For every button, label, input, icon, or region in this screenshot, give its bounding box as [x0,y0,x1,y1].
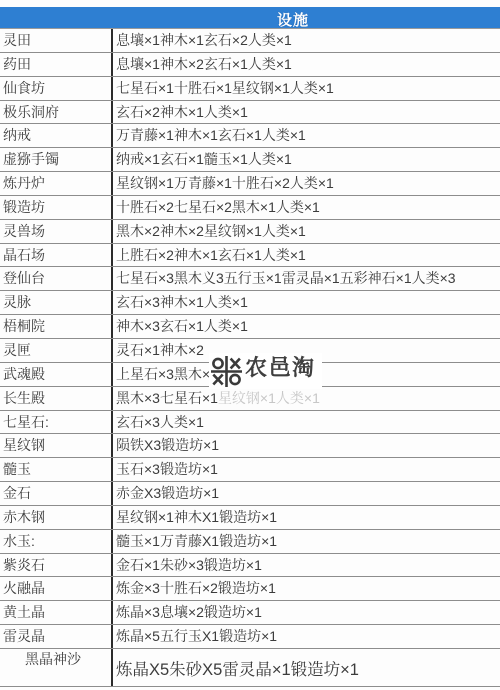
facility-name: 虚猕手镯 [0,148,113,171]
table-row: 紫炎石金石×1朱砂×3锻造坊×1 [0,554,500,578]
facility-recipe: 星纹钢×1神木X1锻造坊×1 [113,506,500,529]
facility-recipe: 炼晶×3息壤×2锻造坊×1 [113,601,500,624]
facility-recipe: 炼金×3十胜石×2锻造坊×1 [113,577,500,600]
recipe-text: 黑木×3七星石×1 [116,390,218,406]
table-row: 登仙台七星石×3黑木义3五行玉×1雷灵晶×1五彩神石×1人类×3 [0,267,500,291]
table-row: 髓玉玉石×3锻造坊×1 [0,458,500,482]
table-row: 虚猕手镯纳戒×1玄石×1髓玉×1人类×1 [0,148,500,172]
recipe-text: 息壤×1神木×1玄石×2人类×1 [116,32,292,48]
recipe-text: 金石×1朱砂×3锻造坊×1 [116,557,262,573]
facility-recipe: 玄石×3神木×1人类×1 [113,291,500,314]
facility-recipe: 息壤×1神木×2玄石×1人类×1 [113,53,500,76]
table-row: 仙食坊七星石×1十胜石×1星纹钢×1人类×1 [0,77,500,101]
recipe-text: 黑木×2神木×2星纹钢×1人类×1 [116,223,306,239]
watermark-text: 农邑淘 [245,356,316,380]
facility-recipe: 星纹钢×1万青藤×1十胜石×2人类×1 [113,172,500,195]
facility-name: 星纹钢 [0,434,113,457]
facility-name: 纳戒 [0,124,113,147]
recipe-text: 星纹钢×1神木X1锻造坊×1 [116,509,277,525]
facility-name: 水玉: [0,530,113,553]
recipe-text: 玄石×2神木×1人类×1 [116,104,248,120]
facility-name: 赤木钢 [0,506,113,529]
facility-recipe: 十胜石×2七星石×2黑木×1人类×1 [113,196,500,219]
facility-recipe: 万青藤×1神木×1玄石×1人类×1 [113,124,500,147]
facility-name: 灵兽场 [0,220,113,243]
facility-name: 黄土晶 [0,601,113,624]
facility-recipe: 赤金X3锻造坊×1 [113,482,500,505]
table-row: 水玉:髓玉×1万青藤X1锻造坊×1 [0,530,500,554]
facility-recipe: 炼晶×5五行玉X1锻造坊×1 [113,625,500,648]
facility-name: 黑晶神沙 [0,649,113,686]
table-row: 黑晶神沙炼晶X5朱砂X5雷灵晶×1锻造坊×1 [0,649,500,687]
facility-recipe: 金石×1朱砂×3锻造坊×1 [113,554,500,577]
table-row: 晶石场上胜石×2神木×1玄石×1人类×1 [0,244,500,268]
oxxo-grid-logo-icon [211,356,242,387]
table-row: 梧桐院神木×3玄石×1人类×1 [0,315,500,339]
recipe-text: 神木×3玄石×1人类×1 [116,318,248,334]
facility-name: 锻造坊 [0,196,113,219]
facility-name: 灵脉 [0,291,113,314]
facility-name: 火融晶 [0,577,113,600]
facility-name: 髓玉 [0,458,113,481]
facility-name: 七星石: [0,411,113,434]
table-row: 长生殿黑木×3七星石×1星纹钢×1人类×1 [0,387,500,411]
facility-name: 长生殿 [0,387,113,410]
table-header-title: 设施 [277,9,309,30]
recipe-text: 万青藤×1神木×1玄石×1人类×1 [116,127,306,143]
recipe-text: 炼晶×3息壤×2锻造坊×1 [116,604,262,620]
recipe-text-faded: 星纹钢×1人类×1 [218,390,320,406]
facility-name: 梧桐院 [0,315,113,338]
facility-recipe: 息壤×1神木×1玄石×2人类×1 [113,29,500,52]
facility-recipe: 玉石×3锻造坊×1 [113,458,500,481]
table-row: 赤木钢星纹钢×1神木X1锻造坊×1 [0,506,500,530]
facility-name: 灵田 [0,29,113,52]
watermark: 农邑淘 [209,353,322,389]
facility-name: 晶石场 [0,244,113,267]
table-row: 黄土晶炼晶×3息壤×2锻造坊×1 [0,601,500,625]
facility-name: 仙食坊 [0,77,113,100]
recipe-text: 息壤×1神木×2玄石×1人类×1 [116,56,292,72]
facility-recipe: 七星石×3黑木义3五行玉×1雷灵晶×1五彩神石×1人类×3 [113,267,500,290]
facility-recipe: 炼晶X5朱砂X5雷灵晶×1锻造坊×1 [113,649,500,686]
recipe-text: 赤金X3锻造坊×1 [116,485,219,501]
facility-name: 药田 [0,53,113,76]
table-row: 金石赤金X3锻造坊×1 [0,482,500,506]
table-row: 灵脉玄石×3神木×1人类×1 [0,291,500,315]
recipe-text: 七星石×3黑木义3五行玉×1雷灵晶×1五彩神石×1人类×3 [116,270,456,286]
table-row: 药田息壤×1神木×2玄石×1人类×1 [0,53,500,77]
facility-name: 灵匣 [0,339,113,362]
facility-recipe: 陨铁X3锻造坊×1 [113,434,500,457]
facility-name: 金石 [0,482,113,505]
recipe-text: 炼金×3十胜石×2锻造坊×1 [116,580,276,596]
table-row: 灵兽场黑木×2神木×2星纹钢×1人类×1 [0,220,500,244]
table-row: 火融晶炼金×3十胜石×2锻造坊×1 [0,577,500,601]
recipe-text: 玄石×3神木×1人类×1 [116,294,248,310]
facility-recipe: 玄石×3人类×1 [113,411,500,434]
recipe-text: 纳戒×1玄石×1髓玉×1人类×1 [116,151,292,167]
facility-recipe: 七星石×1十胜石×1星纹钢×1人类×1 [113,77,500,100]
recipe-text: 炼晶X5朱砂X5雷灵晶×1锻造坊×1 [116,661,359,679]
recipe-text: 陨铁X3锻造坊×1 [116,437,219,453]
table-row: 极乐洞府玄石×2神木×1人类×1 [0,101,500,125]
facility-name: 登仙台 [0,267,113,290]
recipe-text: 炼晶×5五行玉X1锻造坊×1 [116,628,277,644]
recipe-text: 七星石×1十胜石×1星纹钢×1人类×1 [116,80,334,96]
facility-recipe: 纳戒×1玄石×1髓玉×1人类×1 [113,148,500,171]
recipe-text: 玉石×3锻造坊×1 [116,461,218,477]
recipe-table-screen: 设施 灵田息壤×1神木×1玄石×2人类×1药田息壤×1神木×2玄石×1人类×1仙… [0,0,500,690]
table-row: 雷灵晶炼晶×5五行玉X1锻造坊×1 [0,625,500,649]
table-row: 星纹钢陨铁X3锻造坊×1 [0,434,500,458]
table-row: 锻造坊十胜石×2七星石×2黑木×1人类×1 [0,196,500,220]
table-row: 纳戒万青藤×1神木×1玄石×1人类×1 [0,124,500,148]
recipe-text: 上星石×3黑木×1 [116,366,218,382]
facility-recipe: 神木×3玄石×1人类×1 [113,315,500,338]
recipe-text: 十胜石×2七星石×2黑木×1人类×1 [116,199,320,215]
facility-recipe: 黑木×2神木×2星纹钢×1人类×1 [113,220,500,243]
table-row: 炼丹炉星纹钢×1万青藤×1十胜石×2人类×1 [0,172,500,196]
recipe-text: 星纹钢×1万青藤×1十胜石×2人类×1 [116,175,334,191]
facility-name: 炼丹炉 [0,172,113,195]
table-row: 七星石:玄石×3人类×1 [0,411,500,435]
facility-name: 雷灵晶 [0,625,113,648]
facility-recipe: 玄石×2神木×1人类×1 [113,101,500,124]
facility-recipe: 上胜石×2神木×1玄石×1人类×1 [113,244,500,267]
table-header: 设施 [0,7,500,28]
recipe-text: 髓玉×1万青藤X1锻造坊×1 [116,533,277,549]
recipe-text: 玄石×3人类×1 [116,414,204,430]
facility-recipe: 黑木×3七星石×1星纹钢×1人类×1 [113,387,500,410]
recipe-text: 上胜石×2神木×1玄石×1人类×1 [116,247,306,263]
facility-recipe: 髓玉×1万青藤X1锻造坊×1 [113,530,500,553]
table-row: 灵田息壤×1神木×1玄石×2人类×1 [0,29,500,53]
recipe-text: 灵石×1神木×2 [116,342,204,358]
facility-name: 武魂殿 [0,363,113,386]
facility-name: 极乐洞府 [0,101,113,124]
facility-name: 紫炎石 [0,554,113,577]
